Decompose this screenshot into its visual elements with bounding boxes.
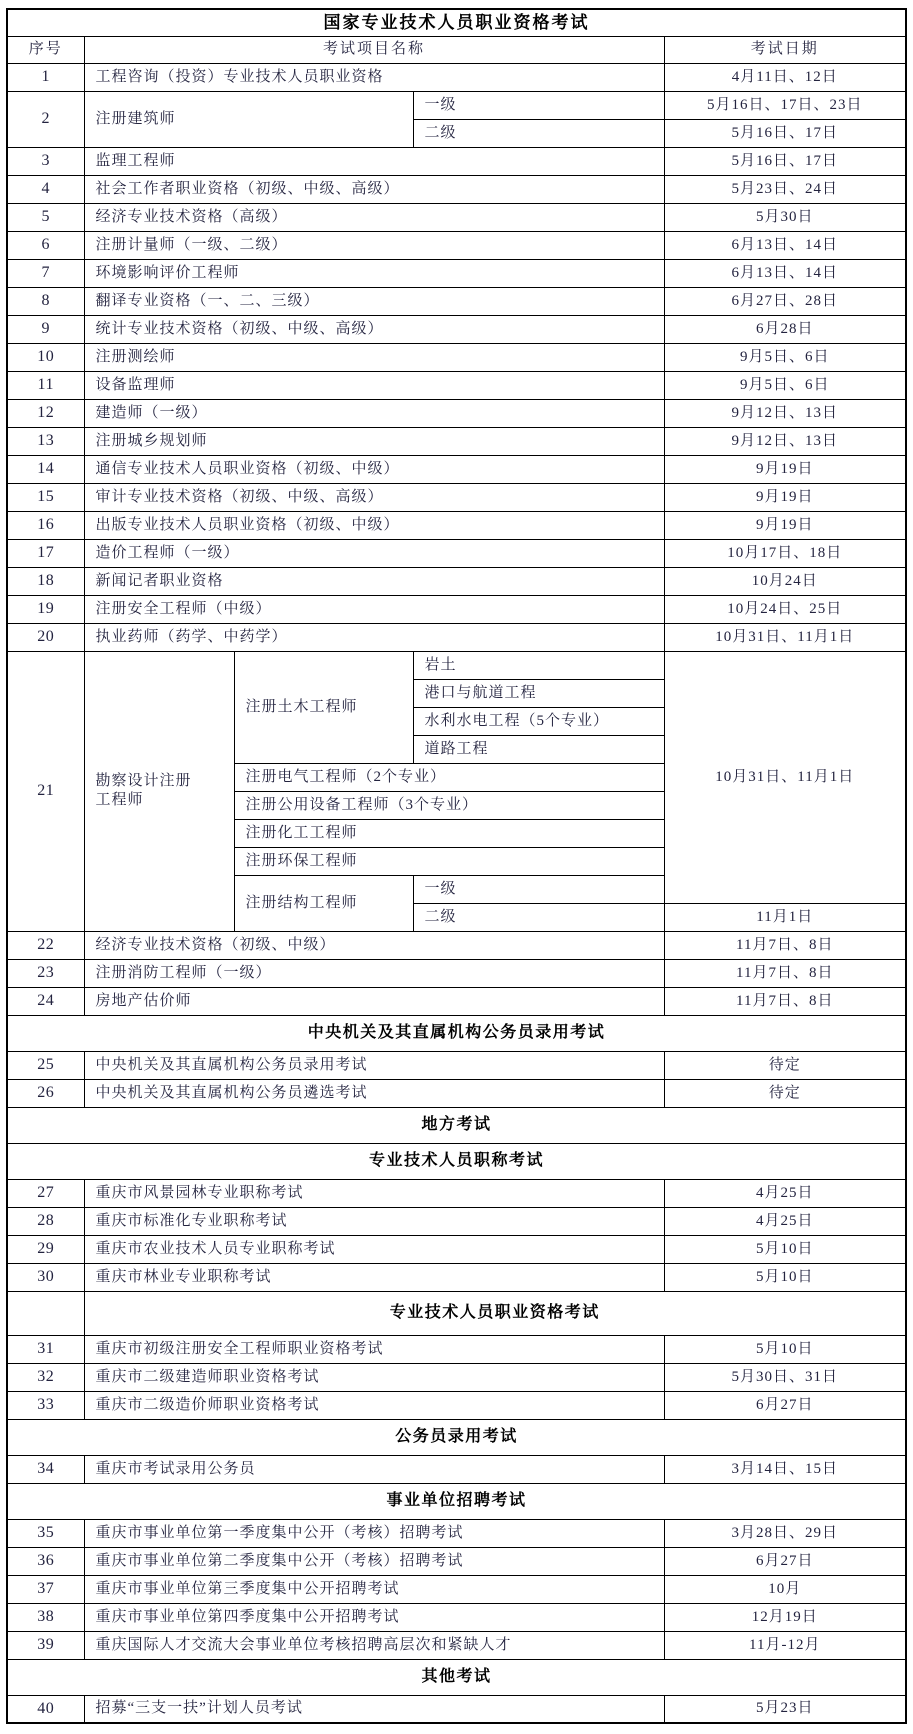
exam-schedule-document: 国家专业技术人员职业资格考试 序号 考试项目名称 考试日期 1 工程咨询（投资）…: [6, 8, 905, 1724]
date-cell: 4月25日: [664, 1179, 906, 1207]
table-row: 4 社会工作者职业资格（初级、中级、高级） 5月23日、24日: [7, 175, 906, 203]
date-cell: 6月27日: [664, 1391, 906, 1419]
name-cell: 重庆市事业单位第四季度集中公开招聘考试: [84, 1603, 664, 1631]
name-cell: 重庆市林业专业职称考试: [84, 1263, 664, 1291]
name-cell: 重庆市事业单位第一季度集中公开（考核）招聘考试: [84, 1519, 664, 1547]
subgroup-cell: 注册化工工程师: [234, 819, 664, 847]
name-cell: 设备监理师: [84, 371, 664, 399]
serial-cell: 37: [7, 1575, 84, 1603]
table-row: 18 新闻记者职业资格 10月24日: [7, 567, 906, 595]
table-row: 12 建造师（一级） 9月12日、13日: [7, 399, 906, 427]
table-row: 15 审计专业技术资格（初级、中级、高级） 9月19日: [7, 483, 906, 511]
subgroup-cell: 注册土木工程师: [234, 651, 413, 763]
name-cell: 勘察设计注册工程师: [84, 651, 234, 931]
date-cell: 6月13日、14日: [664, 259, 906, 287]
name-cell: 建造师（一级）: [84, 399, 664, 427]
subgroup-cell: 注册结构工程师: [234, 875, 413, 931]
serial-cell: 22: [7, 931, 84, 959]
table-row: 19 注册安全工程师（中级） 10月24日、25日: [7, 595, 906, 623]
table-row: 36 重庆市事业单位第二季度集中公开（考核）招聘考试 6月27日: [7, 1547, 906, 1575]
name-cell: 重庆市风景园林专业职称考试: [84, 1179, 664, 1207]
table-row: 22 经济专业技术资格（初级、中级） 11月7日、8日: [7, 931, 906, 959]
specialty-cell: 岩土: [413, 651, 664, 679]
table-row: 21 勘察设计注册工程师 注册土木工程师 岩土 10月31日、11月1日: [7, 651, 906, 679]
date-cell: 5月30日、31日: [664, 1363, 906, 1391]
date-cell: 10月24日、25日: [664, 595, 906, 623]
date-cell: 10月31日、11月1日: [664, 623, 906, 651]
table-row: 23 注册消防工程师（一级） 11月7日、8日: [7, 959, 906, 987]
section-row: 事业单位招聘考试: [7, 1483, 906, 1519]
name-cell: 工程咨询（投资）专业技术人员职业资格: [84, 63, 664, 91]
table-row: 5 经济专业技术资格（高级） 5月30日: [7, 203, 906, 231]
header-date: 考试日期: [664, 36, 906, 63]
table-row: 24 房地产估价师 11月7日、8日: [7, 987, 906, 1015]
name-cell: 重庆市二级建造师职业资格考试: [84, 1363, 664, 1391]
serial-cell: 25: [7, 1051, 84, 1079]
section-header-title-exam: 专业技术人员职称考试: [7, 1143, 906, 1179]
date-cell: 11月7日、8日: [664, 931, 906, 959]
table-row: 32 重庆市二级建造师职业资格考试 5月30日、31日: [7, 1363, 906, 1391]
name-cell: 社会工作者职业资格（初级、中级、高级）: [84, 175, 664, 203]
level-cell: 二级: [413, 903, 664, 931]
serial-cell: 10: [7, 343, 84, 371]
serial-cell: 33: [7, 1391, 84, 1419]
table-row: 11 设备监理师 9月5日、6日: [7, 371, 906, 399]
level-cell: 一级: [413, 875, 664, 903]
name-cell: 中央机关及其直属机构公务员遴选考试: [84, 1079, 664, 1107]
serial-cell: 34: [7, 1455, 84, 1483]
table-row: 37 重庆市事业单位第三季度集中公开招聘考试 10月: [7, 1575, 906, 1603]
header-serial: 序号: [7, 36, 84, 63]
serial-cell: 24: [7, 987, 84, 1015]
serial-cell: 18: [7, 567, 84, 595]
section-row: 中央机关及其直属机构公务员录用考试: [7, 1015, 906, 1051]
name-cell: 重庆市事业单位第二季度集中公开（考核）招聘考试: [84, 1547, 664, 1575]
name-cell: 重庆市农业技术人员专业职称考试: [84, 1235, 664, 1263]
serial-cell: 21: [7, 651, 84, 931]
table-row: 3 监理工程师 5月16日、17日: [7, 147, 906, 175]
table-row: 7 环境影响评价工程师 6月13日、14日: [7, 259, 906, 287]
date-cell: 5月23日、24日: [664, 175, 906, 203]
table-row: 8 翻译专业资格（一、二、三级） 6月27日、28日: [7, 287, 906, 315]
date-cell: 9月19日: [664, 511, 906, 539]
table-row: 14 通信专业技术人员职业资格（初级、中级） 9月19日: [7, 455, 906, 483]
section-header-central: 中央机关及其直属机构公务员录用考试: [7, 1015, 906, 1051]
name-cell: 重庆市标准化专业职称考试: [84, 1207, 664, 1235]
date-cell: 3月28日、29日: [664, 1519, 906, 1547]
table-row: 30 重庆市林业专业职称考试 5月10日: [7, 1263, 906, 1291]
table-row: 1 工程咨询（投资）专业技术人员职业资格 4月11日、12日: [7, 63, 906, 91]
subgroup-cell: 注册环保工程师: [234, 847, 664, 875]
table-row: 17 造价工程师（一级） 10月17日、18日: [7, 539, 906, 567]
date-cell: 6月27日、28日: [664, 287, 906, 315]
section-header-qualification: 专业技术人员职业资格考试: [84, 1291, 906, 1335]
date-cell: 11月-12月: [664, 1631, 906, 1659]
section-row: 其他考试: [7, 1659, 906, 1695]
date-cell: 10月17日、18日: [664, 539, 906, 567]
table-row: 31 重庆市初级注册安全工程师职业资格考试 5月10日: [7, 1335, 906, 1363]
serial-cell: 6: [7, 231, 84, 259]
specialty-cell: 港口与航道工程: [413, 679, 664, 707]
serial-cell: 30: [7, 1263, 84, 1291]
table-row: 6 注册计量师（一级、二级） 6月13日、14日: [7, 231, 906, 259]
table-row: 39 重庆国际人才交流大会事业单位考核招聘高层次和紧缺人才 11月-12月: [7, 1631, 906, 1659]
name-cell: 环境影响评价工程师: [84, 259, 664, 287]
date-cell: 6月28日: [664, 315, 906, 343]
date-cell: 4月11日、12日: [664, 63, 906, 91]
serial-cell: 35: [7, 1519, 84, 1547]
date-cell: 9月5日、6日: [664, 371, 906, 399]
serial-cell: 2: [7, 91, 84, 147]
date-cell: 5月30日: [664, 203, 906, 231]
table-row: 9 统计专业技术资格（初级、中级、高级） 6月28日: [7, 315, 906, 343]
table-row: 40 招募“三支一扶”计划人员考试 5月23日: [7, 1695, 906, 1723]
table-row: 13 注册城乡规划师 9月12日、13日: [7, 427, 906, 455]
table-row: 2 注册建筑师 一级 5月16日、17日、23日: [7, 91, 906, 119]
name-cell: 执业药师（药学、中药学）: [84, 623, 664, 651]
date-cell: 6月27日: [664, 1547, 906, 1575]
serial-cell: 15: [7, 483, 84, 511]
date-cell: 待定: [664, 1051, 906, 1079]
serial-cell: 14: [7, 455, 84, 483]
specialty-cell: 水利水电工程（5个专业）: [413, 707, 664, 735]
name-cell: 注册测绘师: [84, 343, 664, 371]
serial-cell: 36: [7, 1547, 84, 1575]
serial-cell: 29: [7, 1235, 84, 1263]
table-row: 26 中央机关及其直属机构公务员遴选考试 待定: [7, 1079, 906, 1107]
name-cell: 重庆市二级造价师职业资格考试: [84, 1391, 664, 1419]
name-cell: 通信专业技术人员职业资格（初级、中级）: [84, 455, 664, 483]
table-row: 25 中央机关及其直属机构公务员录用考试 待定: [7, 1051, 906, 1079]
serial-cell: 8: [7, 287, 84, 315]
section-header-local: 地方考试: [7, 1107, 906, 1143]
name-cell: 审计专业技术资格（初级、中级、高级）: [84, 483, 664, 511]
table-row: 28 重庆市标准化专业职称考试 4月25日: [7, 1207, 906, 1235]
table-title-row: 国家专业技术人员职业资格考试: [7, 9, 906, 36]
name-cell: 招募“三支一扶”计划人员考试: [84, 1695, 664, 1723]
date-cell: 4月25日: [664, 1207, 906, 1235]
date-cell: 10月24日: [664, 567, 906, 595]
table-row: 10 注册测绘师 9月5日、6日: [7, 343, 906, 371]
section-row: 地方考试: [7, 1107, 906, 1143]
name-cell: 注册城乡规划师: [84, 427, 664, 455]
level-cell: 二级: [413, 119, 664, 147]
serial-cell: 23: [7, 959, 84, 987]
serial-cell: 28: [7, 1207, 84, 1235]
name-cell: 重庆市事业单位第三季度集中公开招聘考试: [84, 1575, 664, 1603]
name-cell: 重庆市初级注册安全工程师职业资格考试: [84, 1335, 664, 1363]
serial-cell: 4: [7, 175, 84, 203]
date-cell: 10月: [664, 1575, 906, 1603]
name-cell: 经济专业技术资格（高级）: [84, 203, 664, 231]
date-cell: 12月19日: [664, 1603, 906, 1631]
section-header-other: 其他考试: [7, 1659, 906, 1695]
date-cell: 11月1日: [664, 903, 906, 931]
section-header-institution: 事业单位招聘考试: [7, 1483, 906, 1519]
serial-cell: 11: [7, 371, 84, 399]
name-cell: 翻译专业资格（一、二、三级）: [84, 287, 664, 315]
date-cell: 9月19日: [664, 483, 906, 511]
date-cell: 5月10日: [664, 1235, 906, 1263]
table-row: 20 执业药师（药学、中药学） 10月31日、11月1日: [7, 623, 906, 651]
header-name: 考试项目名称: [84, 36, 664, 63]
date-cell: 9月5日、6日: [664, 343, 906, 371]
date-cell: 9月12日、13日: [664, 427, 906, 455]
name-cell: 统计专业技术资格（初级、中级、高级）: [84, 315, 664, 343]
serial-cell: 19: [7, 595, 84, 623]
section-row: 专业技术人员职称考试: [7, 1143, 906, 1179]
date-cell: 9月12日、13日: [664, 399, 906, 427]
section-row: 公务员录用考试: [7, 1419, 906, 1455]
date-cell: 11月7日、8日: [664, 987, 906, 1015]
date-cell: 5月10日: [664, 1335, 906, 1363]
serial-cell: 7: [7, 259, 84, 287]
serial-cell: 3: [7, 147, 84, 175]
date-cell: 11月7日、8日: [664, 959, 906, 987]
section-row: 专业技术人员职业资格考试: [7, 1291, 906, 1335]
table-row: 35 重庆市事业单位第一季度集中公开（考核）招聘考试 3月28日、29日: [7, 1519, 906, 1547]
date-cell: 5月23日: [664, 1695, 906, 1723]
name-cell: 重庆国际人才交流大会事业单位考核招聘高层次和紧缺人才: [84, 1631, 664, 1659]
table-title: 国家专业技术人员职业资格考试: [7, 9, 906, 36]
serial-cell: 16: [7, 511, 84, 539]
name-cell: 造价工程师（一级）: [84, 539, 664, 567]
serial-cell: 5: [7, 203, 84, 231]
serial-cell: 27: [7, 1179, 84, 1207]
date-cell: 10月31日、11月1日: [664, 651, 906, 903]
name-cell: 中央机关及其直属机构公务员录用考试: [84, 1051, 664, 1079]
name-cell: 注册安全工程师（中级）: [84, 595, 664, 623]
name-cell: 监理工程师: [84, 147, 664, 175]
empty-serial-cell: [7, 1291, 84, 1335]
date-cell: 5月16日、17日: [664, 119, 906, 147]
date-cell: 6月13日、14日: [664, 231, 906, 259]
level-cell: 一级: [413, 91, 664, 119]
table-row: 29 重庆市农业技术人员专业职称考试 5月10日: [7, 1235, 906, 1263]
serial-cell: 40: [7, 1695, 84, 1723]
table-row: 33 重庆市二级造价师职业资格考试 6月27日: [7, 1391, 906, 1419]
subgroup-cell: 注册电气工程师（2个专业）: [234, 763, 664, 791]
name-cell: 经济专业技术资格（初级、中级）: [84, 931, 664, 959]
exam-schedule-table: 国家专业技术人员职业资格考试 序号 考试项目名称 考试日期 1 工程咨询（投资）…: [6, 8, 907, 1724]
date-cell: 5月10日: [664, 1263, 906, 1291]
serial-cell: 32: [7, 1363, 84, 1391]
serial-cell: 9: [7, 315, 84, 343]
serial-cell: 20: [7, 623, 84, 651]
date-cell: 5月16日、17日、23日: [664, 91, 906, 119]
table-row: 27 重庆市风景园林专业职称考试 4月25日: [7, 1179, 906, 1207]
serial-cell: 1: [7, 63, 84, 91]
serial-cell: 39: [7, 1631, 84, 1659]
date-cell: 3月14日、15日: [664, 1455, 906, 1483]
serial-cell: 38: [7, 1603, 84, 1631]
date-cell: 5月16日、17日: [664, 147, 906, 175]
table-row: 38 重庆市事业单位第四季度集中公开招聘考试 12月19日: [7, 1603, 906, 1631]
name-cell: 注册计量师（一级、二级）: [84, 231, 664, 259]
table-row: 34 重庆市考试录用公务员 3月14日、15日: [7, 1455, 906, 1483]
serial-cell: 12: [7, 399, 84, 427]
section-header-civil-servant: 公务员录用考试: [7, 1419, 906, 1455]
name-cell: 注册消防工程师（一级）: [84, 959, 664, 987]
serial-cell: 31: [7, 1335, 84, 1363]
name-cell: 注册建筑师: [84, 91, 413, 147]
name-cell: 出版专业技术人员职业资格（初级、中级）: [84, 511, 664, 539]
subgroup-cell: 注册公用设备工程师（3个专业）: [234, 791, 664, 819]
date-cell: 待定: [664, 1079, 906, 1107]
specialty-cell: 道路工程: [413, 735, 664, 763]
name-cell: 重庆市考试录用公务员: [84, 1455, 664, 1483]
serial-cell: 26: [7, 1079, 84, 1107]
serial-cell: 17: [7, 539, 84, 567]
name-cell: 新闻记者职业资格: [84, 567, 664, 595]
table-row: 16 出版专业技术人员职业资格（初级、中级） 9月19日: [7, 511, 906, 539]
date-cell: 9月19日: [664, 455, 906, 483]
serial-cell: 13: [7, 427, 84, 455]
name-cell: 房地产估价师: [84, 987, 664, 1015]
column-header-row: 序号 考试项目名称 考试日期: [7, 36, 906, 63]
